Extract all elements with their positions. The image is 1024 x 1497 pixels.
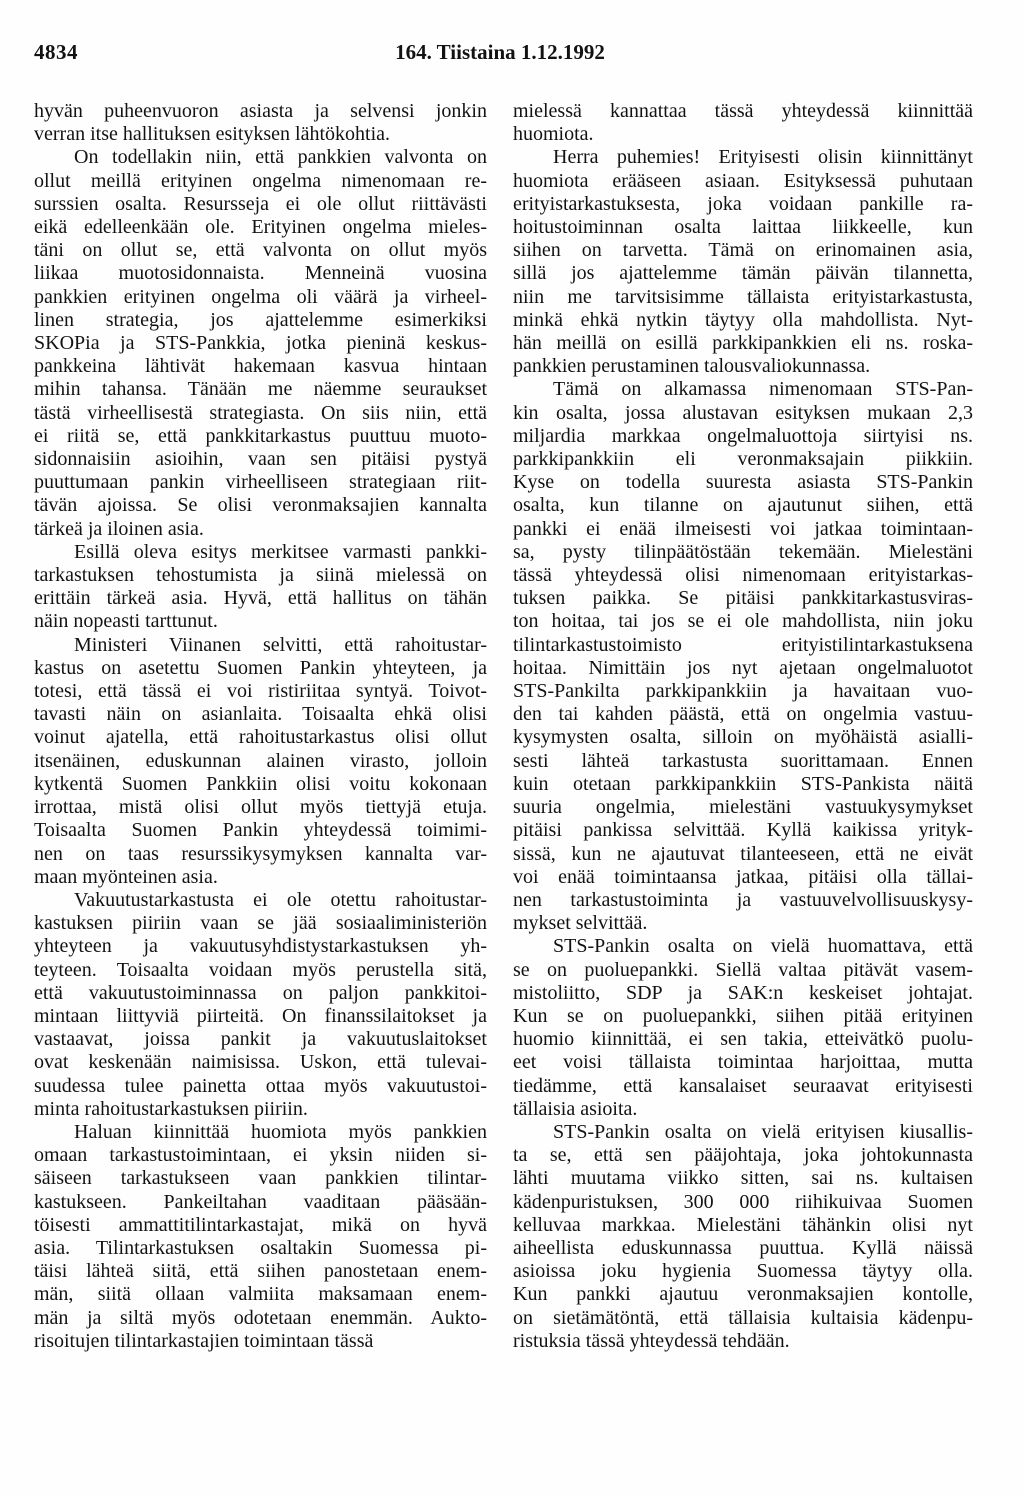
left-column: hyvän puheenvuoron asiasta ja selvensi j…	[34, 100, 487, 1353]
text-line: irrottaa, mistä olisi ollut myös tiettyj…	[34, 796, 487, 819]
text-line: män ja siltä myös odotetaan enemmän. Auk…	[34, 1307, 487, 1330]
text-line: täni on ollut se, että valvonta on ollut…	[34, 239, 487, 262]
text-columns: hyvän puheenvuoron asiasta ja selvensi j…	[34, 100, 973, 1353]
paragraph: Ministeri Viinanen selvitti, että rahoit…	[34, 634, 487, 889]
text-line: täisi lähteä siitä, että siihen panostet…	[34, 1260, 487, 1283]
text-line: kysymysten osalta, silloin on myöhäistä …	[513, 726, 973, 749]
text-line: kin osalta, jossa alustavan esityksen mu…	[513, 402, 973, 425]
text-line: Herra puhemies! Erityisesti olisin kiinn…	[513, 146, 973, 169]
text-line: den tai kahden päästä, että on ongelmia …	[513, 703, 973, 726]
text-line: liikaa muotosidonnaista. Menneinä vuosin…	[34, 262, 487, 285]
paragraph: On todellakin niin, että pankkien valvon…	[34, 146, 487, 540]
text-line: minta rahoitustarkastuksen piiriin.	[34, 1098, 487, 1121]
text-line: sesti lähteä tarkastusta suorittamaan. E…	[513, 750, 973, 773]
text-line: tilintarkastustoimisto erityistilintarka…	[513, 634, 973, 657]
text-line: hoitustoiminnan osalta laittaa liikkeell…	[513, 216, 973, 239]
text-line: huomiota.	[513, 123, 973, 146]
text-line: hyvän puheenvuoron asiasta ja selvensi j…	[34, 100, 487, 123]
text-line: aiheellista eduskunnassa puuttua. Kyllä …	[513, 1237, 973, 1260]
text-line: töisesti ammattitilintarkastajat, mikä o…	[34, 1214, 487, 1237]
text-line: tällaisia asioita.	[513, 1098, 973, 1121]
text-line: ovat keskenään naimisissa. Uskon, että t…	[34, 1051, 487, 1074]
text-line: mintaan liittyviä piirteitä. On finanssi…	[34, 1005, 487, 1028]
text-line: totesi, että tässä ei voi ristiriitaa sy…	[34, 680, 487, 703]
text-line: suuria ongelmia, mielestäni vastuukysymy…	[513, 796, 973, 819]
text-line: Ministeri Viinanen selvitti, että rahoit…	[34, 634, 487, 657]
text-line: siihen on tarvetta. Tämä on erinomainen …	[513, 239, 973, 262]
text-line: Kun pankki ajautuu veronmaksajien kontol…	[513, 1283, 973, 1306]
text-line: maan myönteinen asia.	[34, 866, 487, 889]
text-line: risoitujen tilintarkastajien toimintaan …	[34, 1330, 487, 1353]
text-line: yhteyteen ja vakuutusyhdistystarkastukse…	[34, 935, 487, 958]
text-line: SKOPia ja STS-Pankkia, jotka pieninä kes…	[34, 332, 487, 355]
text-line: lähti muutama viikko sitten, sai ns. kul…	[513, 1167, 973, 1190]
text-line: vastaavat, joissa pankit ja vakuutuslait…	[34, 1028, 487, 1051]
text-line: tärkeä ja iloinen asia.	[34, 518, 487, 541]
text-line: Tämä on alkamassa nimenomaan STS-Pan-	[513, 378, 973, 401]
paragraph: Esillä oleva esitys merkitsee varmasti p…	[34, 541, 487, 634]
text-line: omaan tarkastustoimintaan, ei yksin niid…	[34, 1144, 487, 1167]
text-line: eikä edelleenkään ole. Erityinen ongelma…	[34, 216, 487, 239]
text-line: huomio kiinnittää, ei sen takia, etteivä…	[513, 1028, 973, 1051]
text-line: kuin otetaan parkkipankkiin STS-Pankista…	[513, 773, 973, 796]
text-line: sissä, kun ne ajautuvat tilanteeseen, et…	[513, 843, 973, 866]
text-line: parkkipankkiin eli veronmaksajain piikki…	[513, 448, 973, 471]
text-line: kastukseen. Pankeiltahan vaaditaan pääsä…	[34, 1191, 487, 1214]
text-line: surssien osalta. Resursseja ei ole ollut…	[34, 193, 487, 216]
text-line: tavasti näin on asianlaita. Toisaalta eh…	[34, 703, 487, 726]
text-line: män, siitä ollaan valmiita maksamaan ene…	[34, 1283, 487, 1306]
text-line: asia. Tilintarkastuksen osaltakin Suomes…	[34, 1237, 487, 1260]
text-line: ristuksia tässä yhteydessä tehdään.	[513, 1330, 973, 1353]
text-line: että vakuutustoiminnassa on paljon pankk…	[34, 982, 487, 1005]
text-line: mykset selvittää.	[513, 912, 973, 935]
text-line: Vakuutustarkastusta ei ole otettu rahoit…	[34, 889, 487, 912]
text-line: suudessa tulee painetta ottaa myös vakuu…	[34, 1075, 487, 1098]
text-line: säiseen tarkastukseen vaan pankkien tili…	[34, 1167, 487, 1190]
text-line: tästä virheellisestä strategiasta. On si…	[34, 402, 487, 425]
text-line: linen strategia, jos ajattelemme esimerk…	[34, 309, 487, 332]
text-line: pitäisi pankissa selvittää. Kyllä kaikis…	[513, 819, 973, 842]
text-line: mielessä kannattaa tässä yhteydessä kiin…	[513, 100, 973, 123]
right-column: mielessä kannattaa tässä yhteydessä kiin…	[513, 100, 973, 1353]
text-line: mistoliitto, SDP ja SAK:n keskeiset joht…	[513, 982, 973, 1005]
text-line: kastus on asetettu Suomen Pankin yhteyte…	[34, 657, 487, 680]
text-line: nen on taas resurssikysymyksen kannalta …	[34, 843, 487, 866]
text-line: se on puoluepankki. Siellä valtaa pitävä…	[513, 959, 973, 982]
text-line: voinut ajatella, että rahoitustarkastus …	[34, 726, 487, 749]
text-line: On todellakin niin, että pankkien valvon…	[34, 146, 487, 169]
text-line: Toisaalta Suomen Pankin yhteydessä toimi…	[34, 819, 487, 842]
text-line: on sietämätöntä, että tällaisia kultaisi…	[513, 1307, 973, 1330]
document-page: 4834 164. Tiistaina 1.12.1992 hyvän puhe…	[0, 0, 1024, 1497]
text-line: STS-Pankin osalta on vielä huomattava, e…	[513, 935, 973, 958]
paragraph: Herra puhemies! Erityisesti olisin kiinn…	[513, 146, 973, 378]
text-line: tiedämme, että kansalaiset seuraavat eri…	[513, 1075, 973, 1098]
paragraph: STS-Pankin osalta on vielä huomattava, e…	[513, 935, 973, 1121]
text-line: sillä jos ajattelemme tämän päivän tilan…	[513, 262, 973, 285]
text-line: huomiota erääseen asiaan. Esityksessä pu…	[513, 170, 973, 193]
text-line: kytkentä Suomen Pankkiin olisi voitu kok…	[34, 773, 487, 796]
text-line: STS-Pankin osalta on vielä erityisen kiu…	[513, 1121, 973, 1144]
page-header: 4834 164. Tiistaina 1.12.1992	[0, 40, 1024, 66]
text-line: sa, pysty tilinpäätöstään tekemään. Miel…	[513, 541, 973, 564]
text-line: Kun se on puoluepankki, siihen pitää eri…	[513, 1005, 973, 1028]
text-line: kastuksen piiriin vaan se jää sosiaalimi…	[34, 912, 487, 935]
paragraph: Tämä on alkamassa nimenomaan STS-Pan-kin…	[513, 378, 973, 935]
text-line: ta se, että sen pääjohtaja, joka johtoku…	[513, 1144, 973, 1167]
text-line: miljardia markkaa ongelmaluottoja siirty…	[513, 425, 973, 448]
text-line: kädenpuristuksen, 300 000 riihikuivaa Su…	[513, 1191, 973, 1214]
text-line: itsenäinen, eduskunnan alainen virasto, …	[34, 750, 487, 773]
paragraph: STS-Pankin osalta on vielä erityisen kiu…	[513, 1121, 973, 1353]
text-line: tässä yhteydessä olisi nimenomaan erityi…	[513, 564, 973, 587]
text-line: teyteen. Toisaalta voidaan myös perustel…	[34, 959, 487, 982]
paragraph: Haluan kiinnittää huomiota myös pankkien…	[34, 1121, 487, 1353]
text-line: pankki ei enää ilmeisesti voi jatkaa toi…	[513, 518, 973, 541]
paragraph: Vakuutustarkastusta ei ole otettu rahoit…	[34, 889, 487, 1121]
text-line: eet voisi tällaista toimintaa harjoittaa…	[513, 1051, 973, 1074]
text-line: ei riitä se, että pankkitarkastus puuttu…	[34, 425, 487, 448]
text-line: voi enää toimintaansa jatkaa, pitäisi ol…	[513, 866, 973, 889]
session-title: 164. Tiistaina 1.12.1992	[0, 40, 1000, 65]
paragraph: hyvän puheenvuoron asiasta ja selvensi j…	[34, 100, 487, 146]
text-line: hän meillä on esillä parkkipankkien eli …	[513, 332, 973, 355]
text-line: tuksen paikka. Se pitäisi pankkitarkastu…	[513, 587, 973, 610]
text-line: osalta, kun tilanne on ajautunut siihen,…	[513, 494, 973, 517]
text-line: STS-Pankilta parkkipankkiin ja havaitaan…	[513, 680, 973, 703]
text-line: tarkastuksen tehostumista ja siinä miele…	[34, 564, 487, 587]
text-line: Kyse on todella suuresta asiasta STS-Pan…	[513, 471, 973, 494]
text-line: tävän ajoissa. Se olisi veronmaksajien k…	[34, 494, 487, 517]
text-line: verran itse hallituksen esityksen lähtök…	[34, 123, 487, 146]
text-line: nen tarkastustoiminta ja vastuuvelvollis…	[513, 889, 973, 912]
text-line: ton hoitaa, tai jos se ei ole mahdollist…	[513, 610, 973, 633]
text-line: pankkeina lähtivät hakemaan kasvua hinta…	[34, 355, 487, 378]
text-line: näin nopeasti tarttunut.	[34, 610, 487, 633]
text-line: Haluan kiinnittää huomiota myös pankkien	[34, 1121, 487, 1144]
text-line: ollut meillä erityinen ongelma nimenomaa…	[34, 170, 487, 193]
paragraph: mielessä kannattaa tässä yhteydessä kiin…	[513, 100, 973, 146]
text-line: pankkien perustaminen talousvaliokunnass…	[513, 355, 973, 378]
text-line: puuttumaan pankin virheelliseen strategi…	[34, 471, 487, 494]
text-line: erityistarkastuksesta, joka voidaan pank…	[513, 193, 973, 216]
text-line: hoitaa. Nimittäin jos nyt ajetaan ongelm…	[513, 657, 973, 680]
text-line: niin me tarvitsisimme tällaista erityist…	[513, 286, 973, 309]
text-line: pankkien erityinen ongelma oli väärä ja …	[34, 286, 487, 309]
text-line: erittäin tärkeä asia. Hyvä, että hallitu…	[34, 587, 487, 610]
text-line: asioissa joku hygienia Suomessa täytyy o…	[513, 1260, 973, 1283]
text-line: sidonnaisiin asioihin, vaan sen pitäisi …	[34, 448, 487, 471]
text-line: kelluvaa markkaa. Mielestäni tähänkin ol…	[513, 1214, 973, 1237]
text-line: minkä ehkä nytkin täytyy olla mahdollist…	[513, 309, 973, 332]
text-line: Esillä oleva esitys merkitsee varmasti p…	[34, 541, 487, 564]
text-line: mihin tahansa. Tänään me näemme seurauks…	[34, 378, 487, 401]
